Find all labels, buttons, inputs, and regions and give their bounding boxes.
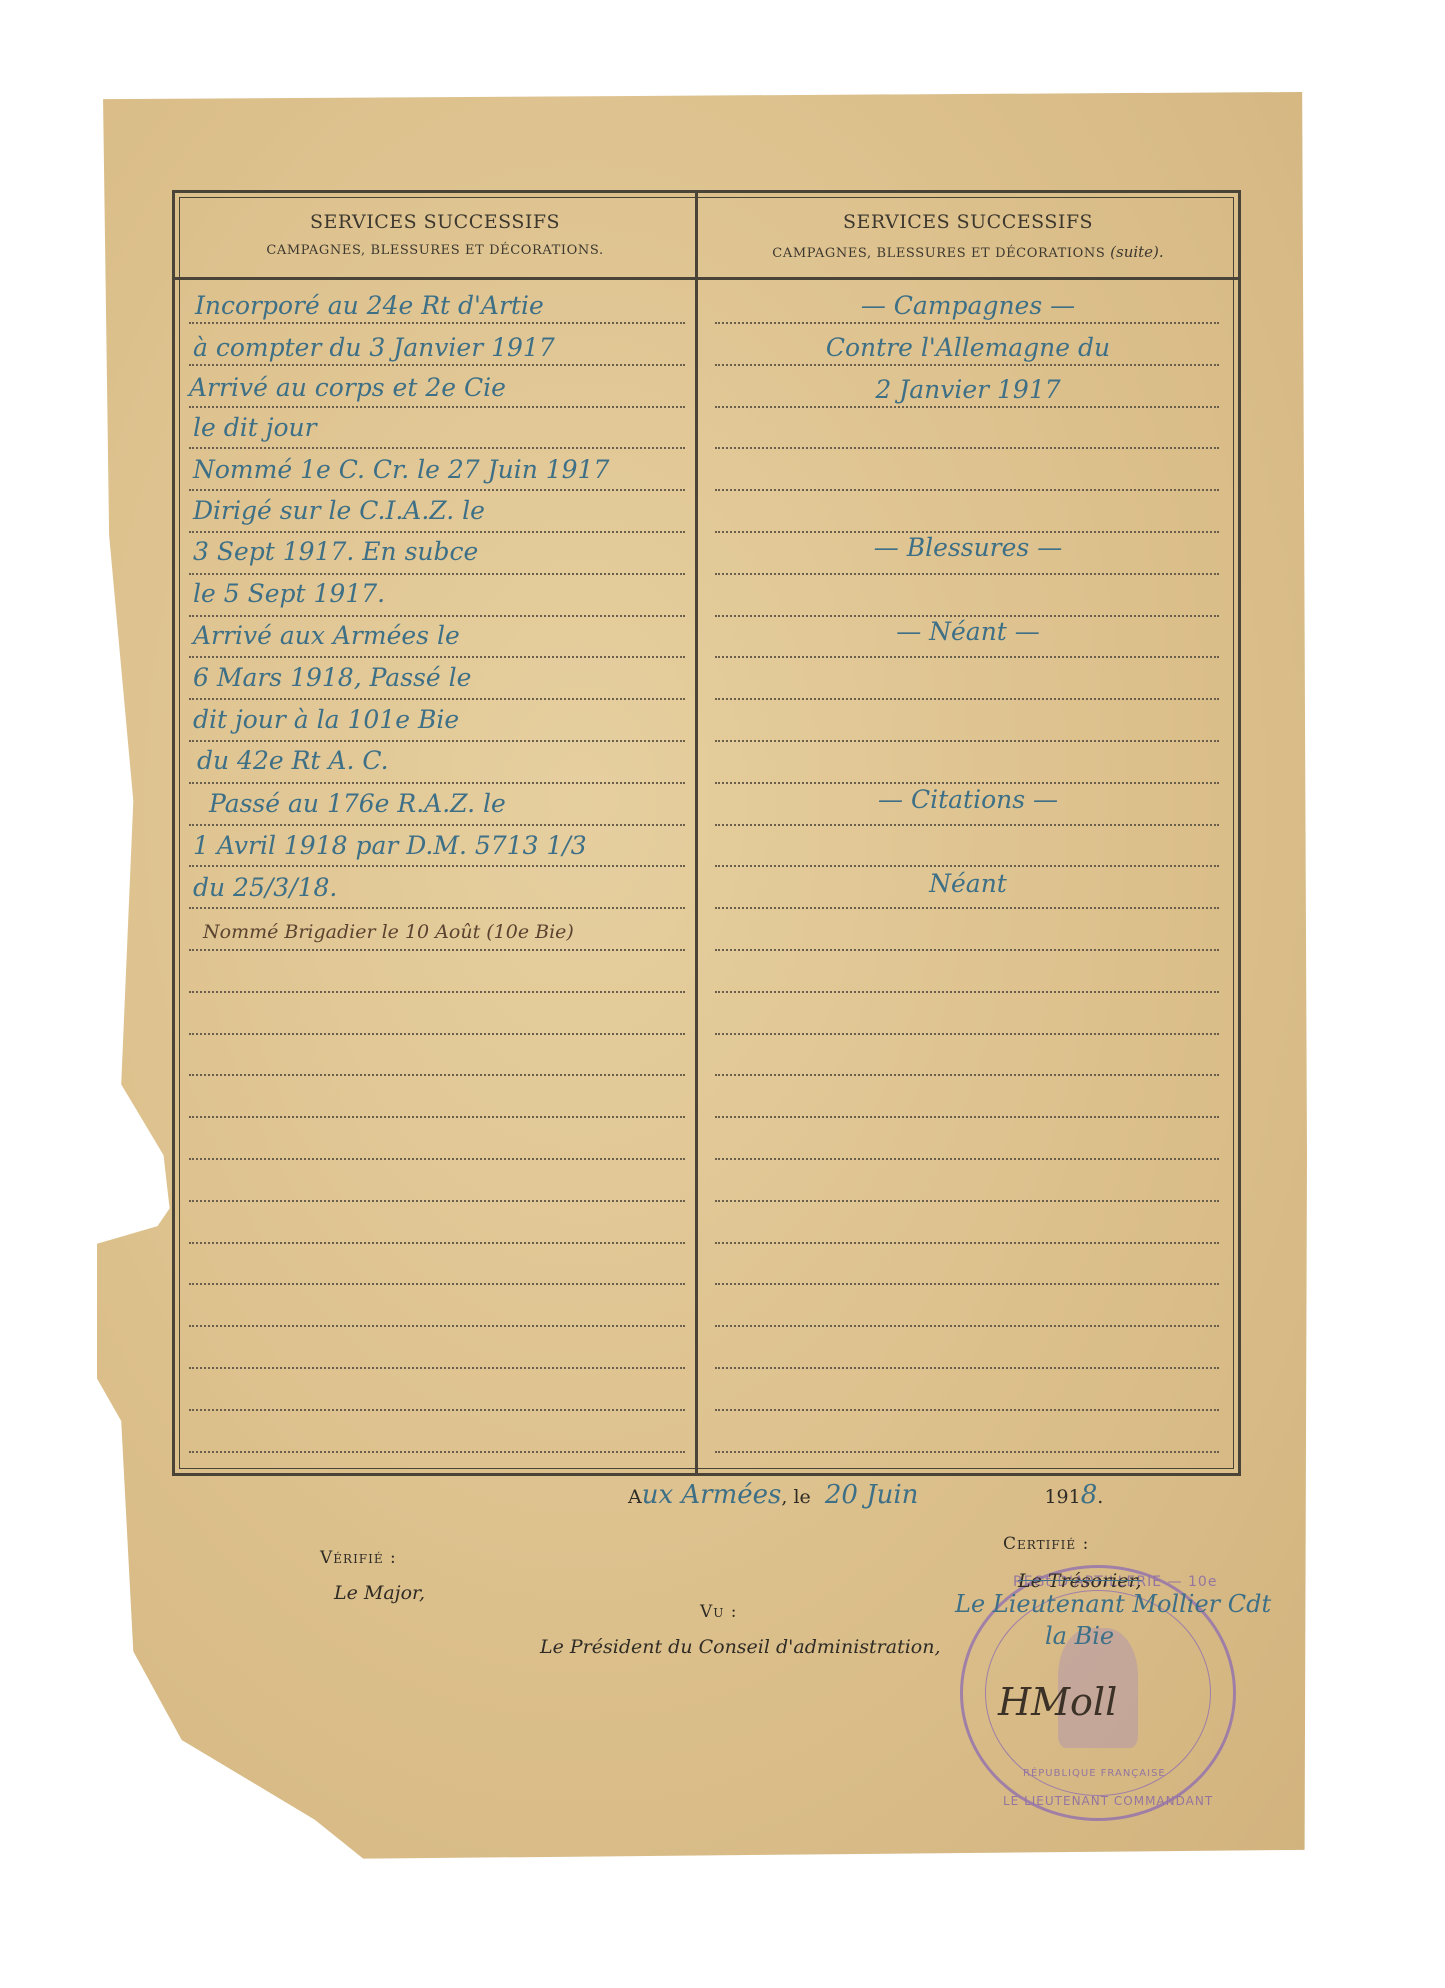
- ruled-line: [715, 1242, 1219, 1244]
- ruled-line: [715, 322, 1219, 324]
- ruled-line: [189, 322, 685, 324]
- left-entry: à compter du 3 Janvier 1917: [193, 333, 555, 362]
- ruled-line: [715, 1409, 1219, 1411]
- officer-signature: HMoll: [998, 1680, 1117, 1724]
- campaign-line: Contre l'Allemagne du: [698, 333, 1238, 362]
- date-handwritten: 20 Juin: [825, 1480, 919, 1510]
- ruled-line: [715, 656, 1219, 658]
- ruled-line: [715, 1367, 1219, 1369]
- ruled-line: [189, 406, 685, 408]
- left-entry: dit jour à la 101e Bie: [193, 705, 459, 734]
- ruled-line: [715, 1283, 1219, 1285]
- place-handwritten: ux Armées: [642, 1480, 782, 1510]
- ruled-line: [189, 1116, 685, 1118]
- left-header-subtitle: CAMPAGNES, BLESSURES ET DÉCORATIONS.: [175, 243, 695, 258]
- ruled-line: [189, 824, 685, 826]
- ruled-line: [715, 907, 1219, 909]
- wounds-heading: — Blessures —: [698, 533, 1238, 562]
- left-entry: le dit jour: [193, 413, 317, 442]
- ruled-line: [715, 740, 1219, 742]
- year-printed: 191: [1044, 1486, 1080, 1508]
- ruled-line: [715, 949, 1219, 951]
- ruled-line: [715, 1116, 1219, 1118]
- ruled-line: [189, 1325, 685, 1327]
- wounds-value: — Néant —: [698, 617, 1238, 646]
- stamp-bottom-text: LE LIEUTENANT COMMANDANT: [1003, 1794, 1213, 1808]
- ruled-line: [189, 531, 685, 533]
- ruled-line: [189, 573, 685, 575]
- ruled-line: [715, 1033, 1219, 1035]
- ruled-line: [189, 1074, 685, 1076]
- left-entry: 1 Avril 1918 par D.M. 5713 1/3: [193, 831, 587, 860]
- ruled-line: [189, 782, 685, 784]
- president-label: Le Président du Conseil d'administration…: [540, 1636, 941, 1658]
- ruled-line: [189, 740, 685, 742]
- ruled-line: [189, 1033, 685, 1035]
- ruled-line: [189, 1367, 685, 1369]
- ruled-line: [189, 949, 685, 951]
- ruled-line: [189, 1158, 685, 1160]
- ruled-line: [715, 447, 1219, 449]
- ruled-line: [715, 824, 1219, 826]
- ruled-line: [715, 991, 1219, 993]
- ruled-line: [189, 615, 685, 617]
- ruled-line: [715, 1325, 1219, 1327]
- treasurer-handwritten-2: la Bie: [1045, 1622, 1114, 1650]
- left-entry: 6 Mars 1918, Passé le: [193, 663, 471, 692]
- right-column-header: SERVICES SUCCESSIFS CAMPAGNES, BLESSURES…: [698, 193, 1238, 277]
- ruled-line: [189, 489, 685, 491]
- ruled-line: [189, 865, 685, 867]
- services-table: SERVICES SUCCESSIFS CAMPAGNES, BLESSURES…: [172, 190, 1241, 1476]
- right-header-title: SERVICES SUCCESSIFS: [698, 211, 1238, 233]
- ruled-line: [715, 1074, 1219, 1076]
- ruled-line: [189, 447, 685, 449]
- ruled-line: [715, 1200, 1219, 1202]
- ruled-line: [715, 364, 1219, 366]
- left-entry: du 42e Rt A. C.: [197, 746, 389, 775]
- ruled-line: [715, 1451, 1219, 1453]
- treasurer-label: Le Trésorier,: [1018, 1570, 1142, 1592]
- left-entry: Arrivé aux Armées le: [193, 621, 460, 650]
- campaign-heading: — Campagnes —: [698, 291, 1238, 320]
- place-prefix: A: [628, 1486, 642, 1508]
- campaign-date: 2 Janvier 1917: [698, 375, 1238, 404]
- left-entry: du 25/3/18.: [193, 873, 337, 902]
- ruled-line: [715, 1158, 1219, 1160]
- seen-label: Vu :: [700, 1602, 738, 1622]
- ruled-line: [715, 489, 1219, 491]
- ruled-line: [189, 1409, 685, 1411]
- ruled-line: [189, 907, 685, 909]
- right-header-subtitle: CAMPAGNES, BLESSURES ET DÉCORATIONS (sui…: [698, 243, 1238, 261]
- date-separator: , le: [781, 1486, 810, 1508]
- left-entry: Incorporé au 24e Rt d'Artie: [195, 291, 544, 320]
- left-entry: Nommé 1e C. Cr. le 27 Juin 1917: [193, 455, 609, 484]
- ruled-line: [715, 573, 1219, 575]
- left-column-header: SERVICES SUCCESSIFS CAMPAGNES, BLESSURES…: [175, 193, 695, 277]
- treasurer-handwritten: Le Lieutenant Mollier Cdt: [955, 1590, 1271, 1618]
- left-entry: Dirigé sur le C.I.A.Z. le: [193, 496, 485, 525]
- ruled-line: [189, 656, 685, 658]
- certified-label: Certifié :: [1003, 1534, 1089, 1554]
- ruled-line: [715, 406, 1219, 408]
- left-entry: Arrivé au corps et 2e Cie: [189, 373, 506, 402]
- ruled-line: [189, 1200, 685, 1202]
- stamp-center-text: RÉPUBLIQUE FRANÇAISE: [1023, 1768, 1166, 1779]
- ruled-line: [715, 782, 1219, 784]
- left-entry: Passé au 176e R.A.Z. le: [209, 789, 506, 818]
- ruled-line: [189, 991, 685, 993]
- ruled-line: [189, 1242, 685, 1244]
- ruled-line: [715, 865, 1219, 867]
- table-header: SERVICES SUCCESSIFS CAMPAGNES, BLESSURES…: [175, 193, 1238, 280]
- ruled-line: [189, 1451, 685, 1453]
- left-entry: 3 Sept 1917. En subce: [193, 537, 478, 566]
- citations-value: Néant: [698, 869, 1238, 898]
- year-handwritten: 8: [1081, 1480, 1098, 1510]
- place-date-line: Aux Armées, le 20 Juin 1918.: [628, 1480, 1103, 1510]
- left-note: Nommé Brigadier le 10 Août (10e Bie): [203, 921, 574, 943]
- left-entry: le 5 Sept 1917.: [193, 579, 385, 608]
- verified-label: Vérifié :: [320, 1548, 397, 1568]
- ruled-line: [715, 698, 1219, 700]
- ruled-line: [189, 364, 685, 366]
- left-header-title: SERVICES SUCCESSIFS: [175, 211, 695, 233]
- citations-heading: — Citations —: [698, 785, 1238, 814]
- ruled-line: [189, 698, 685, 700]
- major-label: Le Major,: [334, 1582, 425, 1604]
- ruled-line: [189, 1283, 685, 1285]
